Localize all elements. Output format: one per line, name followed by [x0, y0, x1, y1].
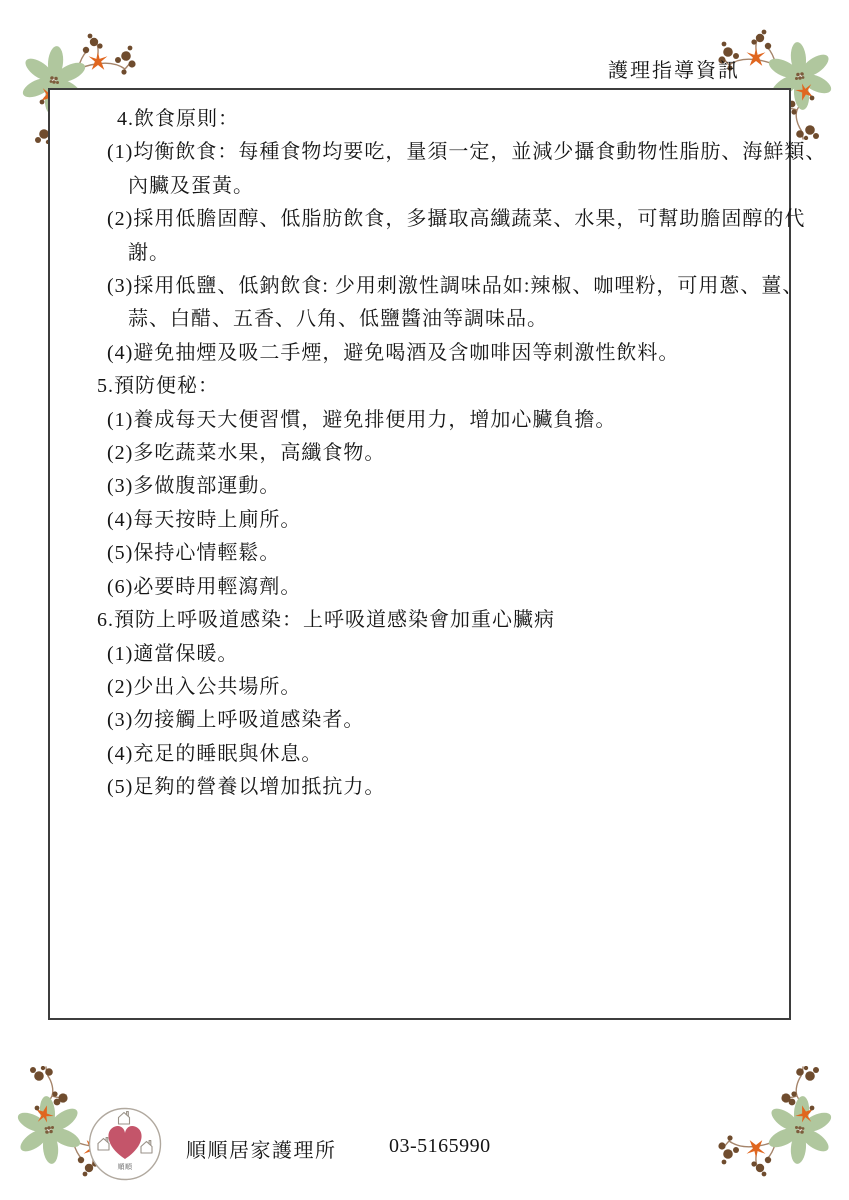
- logo-label: 順順: [118, 1162, 133, 1171]
- text-line: (6)必要時用輕瀉劑。: [107, 571, 789, 604]
- document-page: 護理指導資訊 4.飲食原則：(1)均衡飲食：每種食物均要吃，量須一定，並減少攝食…: [0, 0, 849, 1200]
- clinic-name: 順順居家護理所: [186, 1134, 337, 1163]
- text-line: (3)勿接觸上呼吸道感染者。: [107, 704, 789, 737]
- text-line: (5)保持心情輕鬆。: [107, 537, 789, 570]
- flower-decoration-bottom-right: [718, 1066, 836, 1188]
- text-line: (5)足夠的營養以增加抵抗力。: [107, 771, 789, 804]
- text-line: (4)避免抽煙及吸二手煙，避免喝酒及含咖啡因等刺激性飲料。: [107, 337, 789, 370]
- page-title: 護理指導資訊: [608, 54, 740, 83]
- guidance-lines: 4.飲食原則：(1)均衡飲食：每種食物均要吃，量須一定，並減少攝食動物性脂肪、海…: [97, 103, 789, 805]
- text-line: 內臟及蛋黃。: [128, 170, 789, 203]
- text-line: 蒜、白醋、五香、八角、低鹽醬油等調味品。: [128, 303, 789, 336]
- clinic-logo-icon: 順順: [87, 1106, 163, 1182]
- text-line: (2)少出入公共場所。: [107, 671, 789, 704]
- flower-icon: [718, 1066, 836, 1188]
- text-line: 4.飲食原則：: [117, 103, 789, 136]
- text-line: 謝。: [128, 237, 789, 270]
- clinic-phone: 03-5165990: [389, 1135, 491, 1158]
- text-line: (4)每天按時上廁所。: [107, 504, 789, 537]
- text-line: (1)均衡飲食：每種食物均要吃，量須一定，並減少攝食動物性脂肪、海鮮類、: [107, 136, 789, 169]
- text-line: (2)多吃蔬菜水果，高纖食物。: [107, 437, 789, 470]
- text-line: (1)適當保暖。: [107, 638, 789, 671]
- text-line: 6.預防上呼吸道感染：上呼吸道感染會加重心臟病: [97, 604, 789, 637]
- text-line: (4)充足的睡眠與休息。: [107, 738, 789, 771]
- text-line: (3)採用低鹽、低鈉飲食: 少用刺激性調味品如:辣椒、咖哩粉，可用蔥、薑、: [107, 270, 789, 303]
- text-line: (3)多做腹部運動。: [107, 470, 789, 503]
- text-line: 5.預防便秘：: [97, 370, 789, 403]
- text-line: (1)養成每天大便習慣，避免排便用力，增加心臟負擔。: [107, 404, 789, 437]
- text-line: (2)採用低膽固醇、低脂肪飲食，多攝取高纖蔬菜、水果，可幫助膽固醇的代: [107, 203, 789, 236]
- guidance-text-box: 4.飲食原則：(1)均衡飲食：每種食物均要吃，量須一定，並減少攝食動物性脂肪、海…: [48, 88, 791, 1020]
